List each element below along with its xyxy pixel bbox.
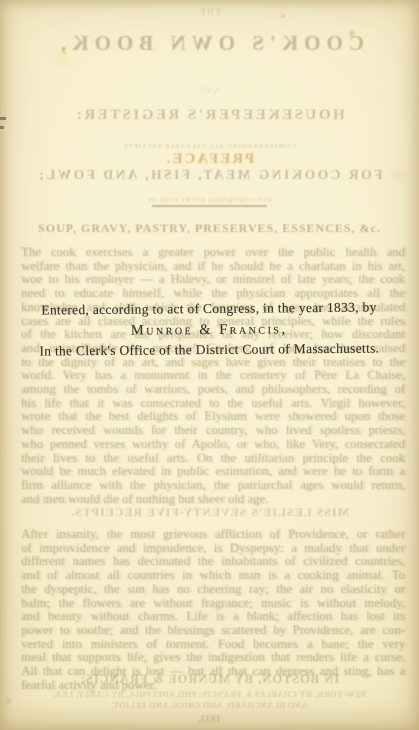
scan-artifact-mark xyxy=(0,126,4,129)
copyright-block: Entered, according to act of Congress, i… xyxy=(0,0,419,730)
book-page-scan: THE COOK'S OWN BOOK, AND HOUSEKEEPER'S R… xyxy=(0,0,419,730)
copyright-line-3: In the Clerk's Office of the District Co… xyxy=(0,340,419,360)
copyright-line-1: Entered, according to act of Congress, i… xyxy=(0,299,419,319)
scan-artifact-mark xyxy=(0,117,6,120)
copyright-line-2-publisher: Munroe & Francis, xyxy=(0,320,419,341)
